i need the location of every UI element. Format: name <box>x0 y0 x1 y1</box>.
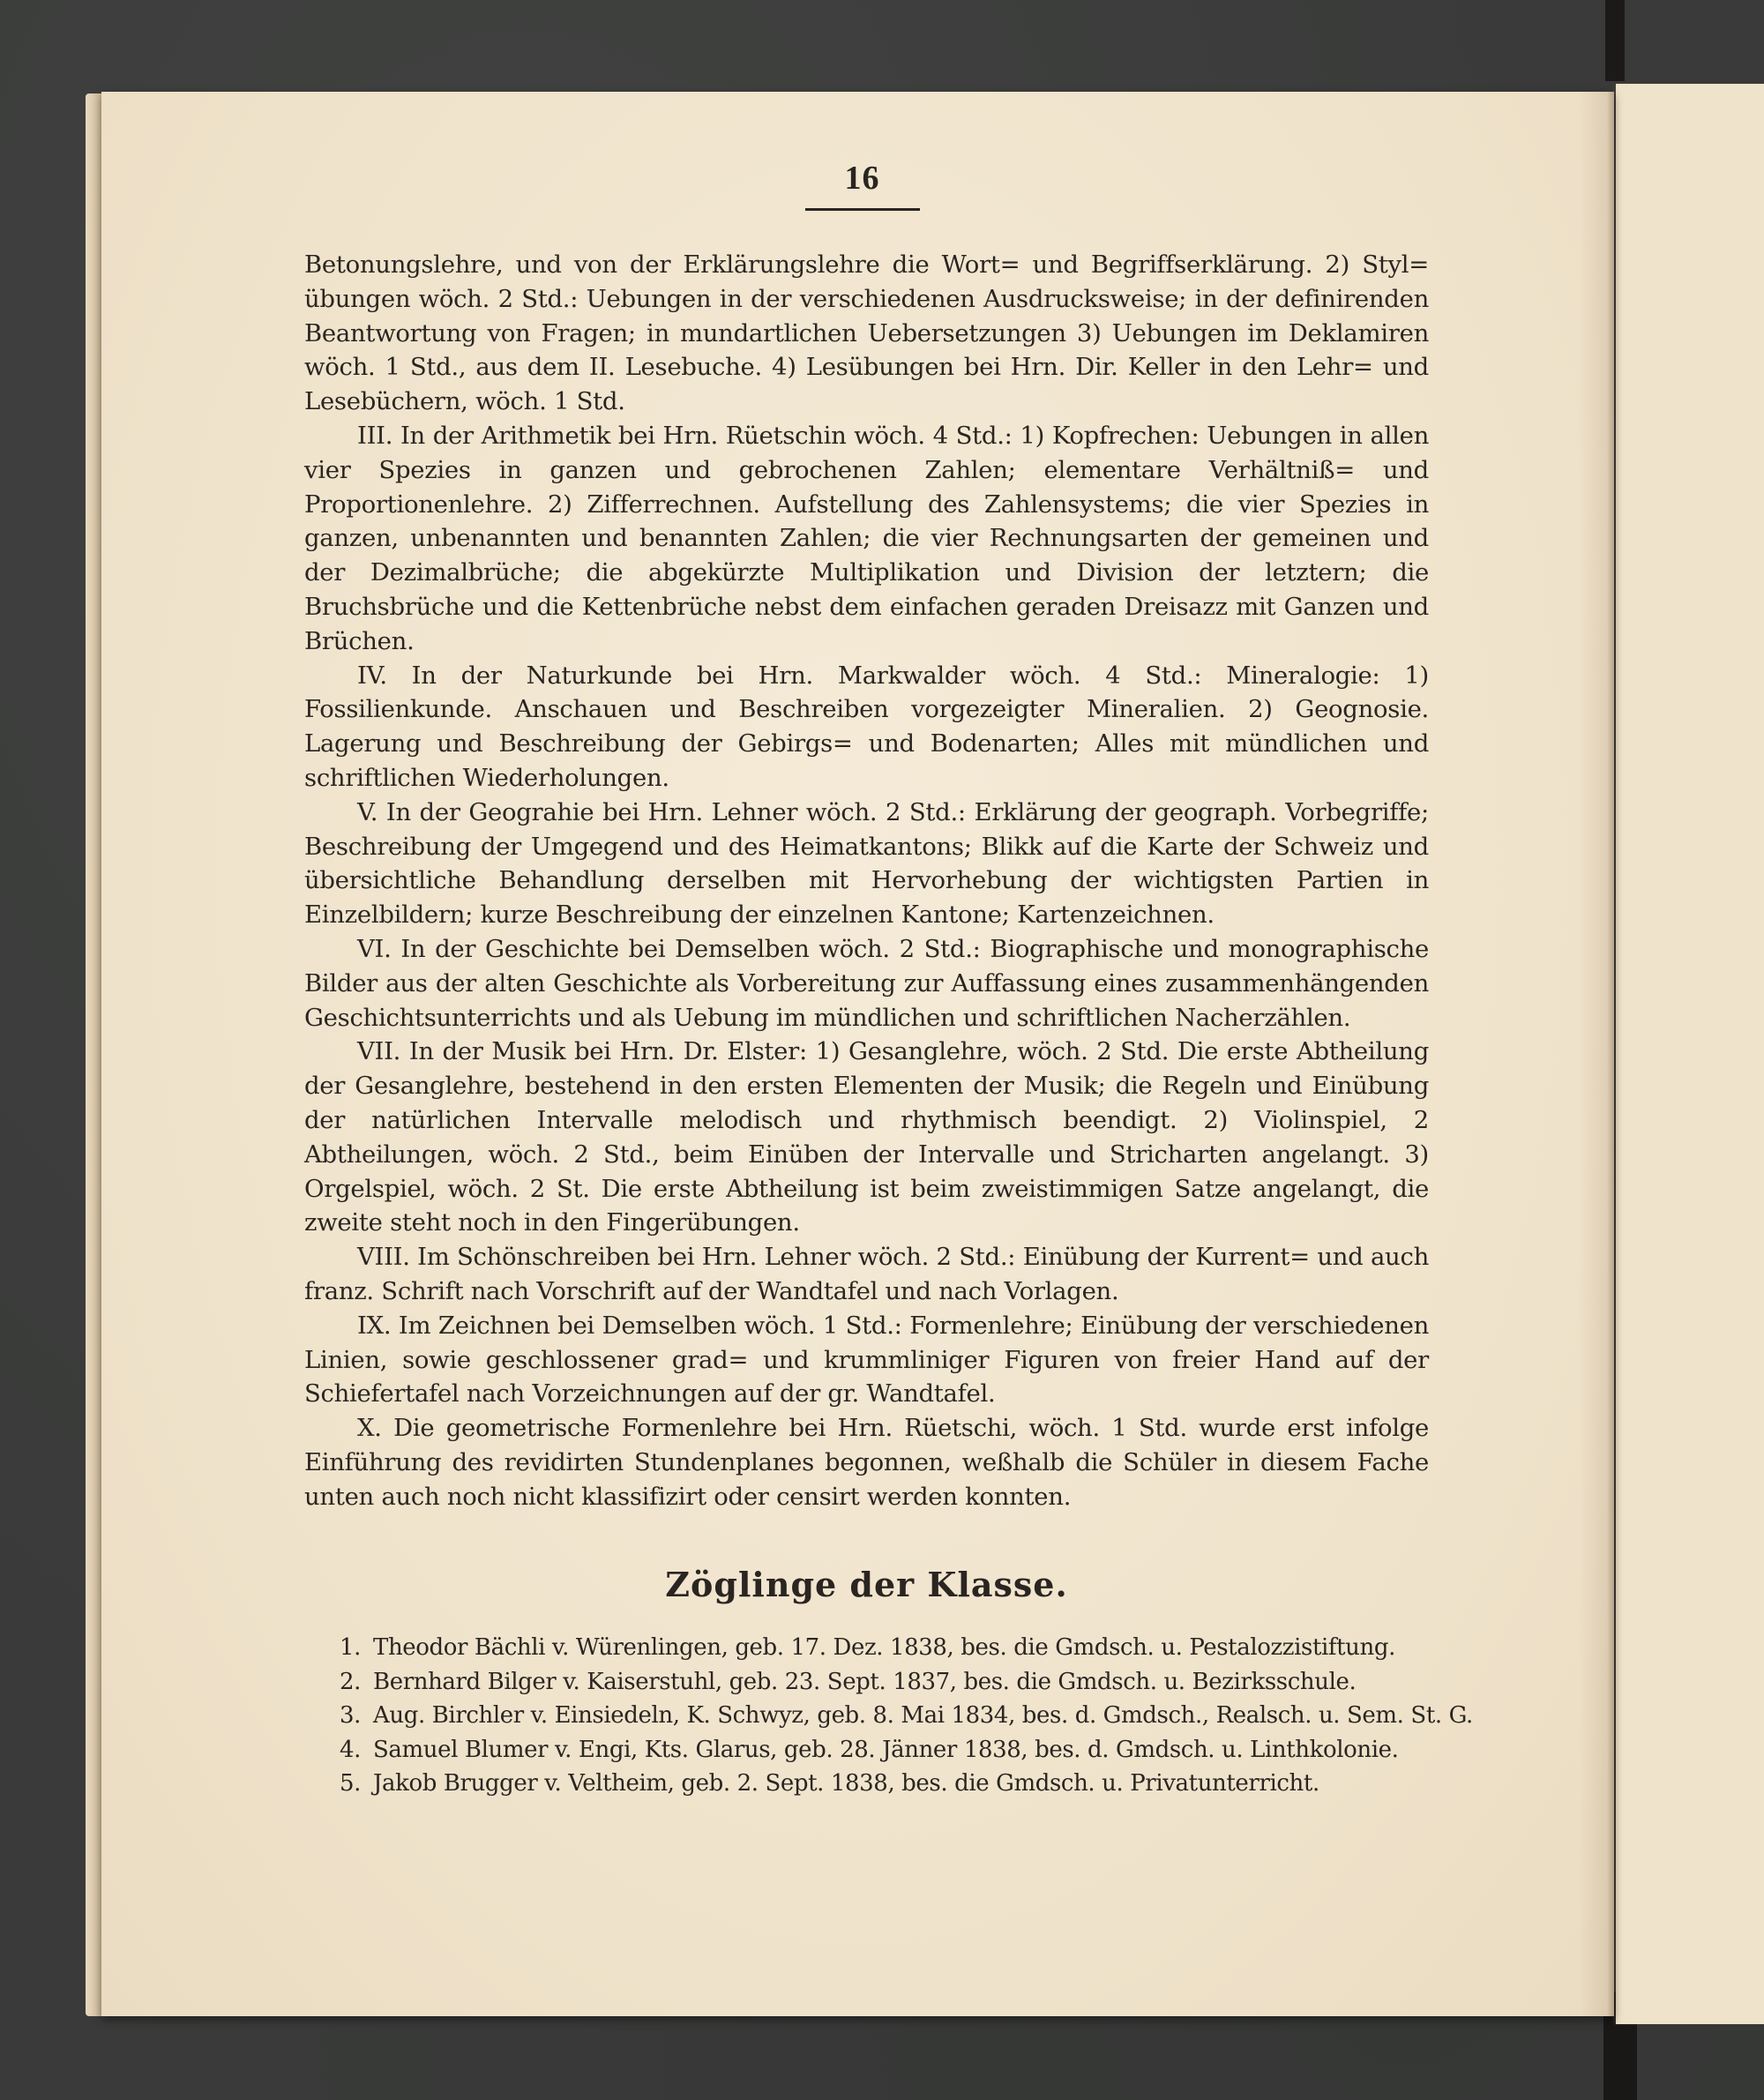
page-stack-edge <box>86 93 103 2016</box>
student-roster: 1.Theodor Bächli v. Würenlingen, geb. 17… <box>304 1631 1429 1801</box>
gutter-shadow <box>1579 92 1614 2016</box>
roster-number: 2. <box>340 1665 373 1700</box>
facing-page-edge <box>1616 84 1764 2024</box>
roster-entry: 4.Samuel Blumer v. Engi, Kts. Glarus, ge… <box>340 1733 1429 1767</box>
page-number: 16 <box>300 159 1424 198</box>
paragraph-musik: VII. In der Musik bei Hrn. Dr. Elster: 1… <box>304 1035 1429 1240</box>
roster-entry: 5.Jakob Brugger v. Veltheim, geb. 2. Sep… <box>340 1767 1429 1801</box>
roster-text: Samuel Blumer v. Engi, Kts. Glarus, geb.… <box>373 1737 1399 1763</box>
body-text: Betonungslehre, und von der Erklärungsle… <box>304 248 1429 1513</box>
roster-number: 3. <box>340 1699 373 1733</box>
paragraph-schoenschreiben: VIII. Im Schönschreiben bei Hrn. Lehner … <box>304 1240 1429 1309</box>
section-title: Zöglinge der Klasse. <box>304 1565 1429 1604</box>
spine-shadow-top <box>1605 0 1625 81</box>
page-number-rule <box>805 208 920 211</box>
roster-text: Bernhard Bilger v. Kaiserstuhl, geb. 23.… <box>373 1669 1356 1695</box>
roster-number: 4. <box>340 1733 373 1767</box>
roster-number: 1. <box>340 1631 373 1665</box>
roster-entry: 1.Theodor Bächli v. Würenlingen, geb. 17… <box>340 1631 1429 1665</box>
paragraph-zeichnen: IX. Im Zeichnen bei Demselben wöch. 1 St… <box>304 1309 1429 1411</box>
paragraph-geographie: V. In der Geograhie bei Hrn. Lehner wöch… <box>304 796 1429 932</box>
paragraph-continuation: Betonungslehre, und von der Erklärungsle… <box>304 248 1429 419</box>
page-content: 16 Betonungslehre, und von der Erklärung… <box>304 159 1429 1801</box>
roster-text: Theodor Bächli v. Würenlingen, geb. 17. … <box>373 1634 1395 1661</box>
roster-text: Jakob Brugger v. Veltheim, geb. 2. Sept.… <box>373 1770 1319 1797</box>
paragraph-arithmetik: III. In der Arithmetik bei Hrn. Rüetschi… <box>304 419 1429 659</box>
paragraph-geschichte: VI. In der Geschichte bei Demselben wöch… <box>304 932 1429 1035</box>
paragraph-naturkunde: IV. In der Naturkunde bei Hrn. Markwalde… <box>304 659 1429 796</box>
roster-entry: 2.Bernhard Bilger v. Kaiserstuhl, geb. 2… <box>340 1665 1429 1700</box>
roster-entry: 3.Aug. Birchler v. Einsiedeln, K. Schwyz… <box>340 1699 1429 1733</box>
roster-text: Aug. Birchler v. Einsiedeln, K. Schwyz, … <box>373 1702 1473 1729</box>
paragraph-formenlehre: X. Die geometrische Formenlehre bei Hrn.… <box>304 1411 1429 1513</box>
roster-number: 5. <box>340 1767 373 1801</box>
